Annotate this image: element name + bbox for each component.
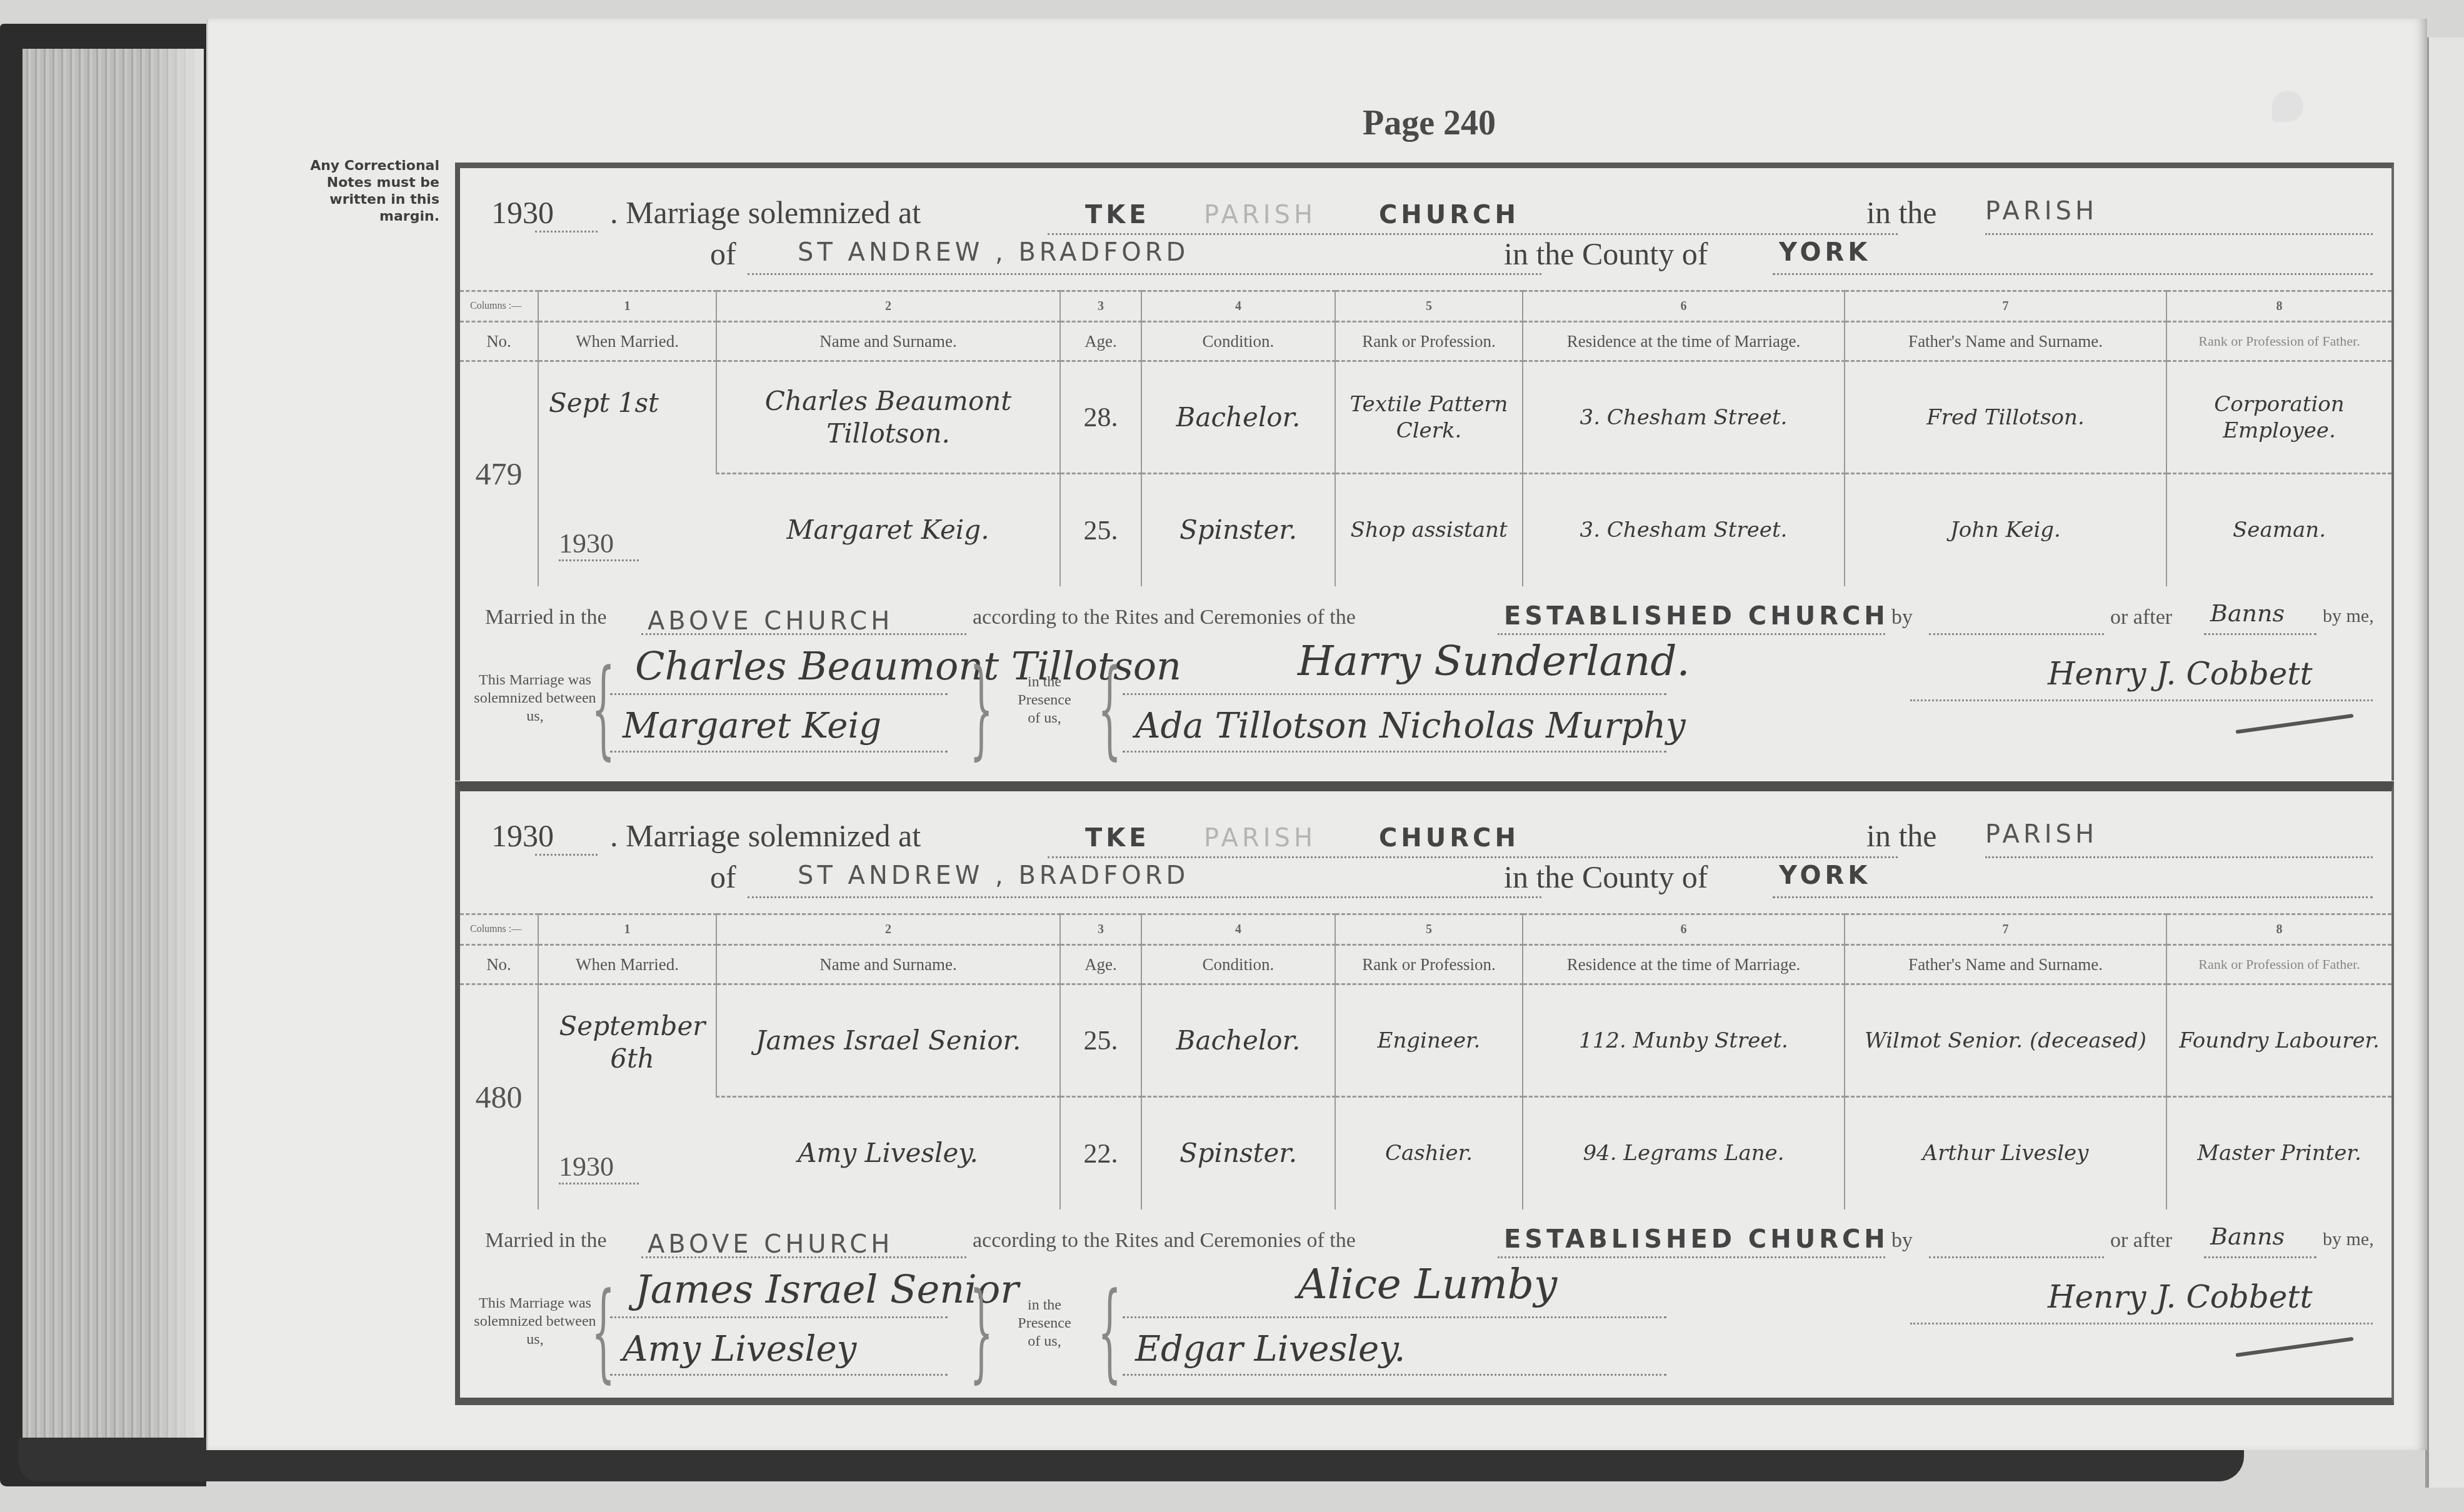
column-number: 2 <box>716 291 1060 322</box>
married-in-underline <box>641 633 966 635</box>
after-underline <box>2204 1256 2316 1258</box>
column-number: 7 <box>1845 291 2166 322</box>
place-part-3: CHURCH <box>1379 201 1520 229</box>
bride-age: 22. <box>1060 1097 1141 1209</box>
label-by: by <box>1891 606 1913 629</box>
column-number: 1 <box>538 914 716 945</box>
by-underline <box>1929 633 2104 635</box>
label-according-to: according to the Rites and Ceremonies of… <box>973 1229 1356 1253</box>
column-header-age: Age. <box>1060 322 1141 361</box>
brace-witness: { <box>1098 656 1121 762</box>
groom-signature: James Israel Senior <box>635 1266 1019 1312</box>
parish-of: ST ANDREW , BRADFORD <box>798 238 1189 267</box>
parish-underline <box>1985 856 2373 858</box>
witness-signature-line-2 <box>1123 751 1666 753</box>
officiant-signature-line <box>1910 1323 2373 1324</box>
column-number: 5 <box>1335 914 1523 945</box>
when-married-date: Sept 1st <box>549 387 659 419</box>
column-number-row: Columns :— 1 2 3 4 5 6 7 8 <box>460 291 2391 322</box>
married-in-underline <box>641 1256 966 1258</box>
label-county-of: in the County of <box>1504 859 1708 895</box>
column-number: 4 <box>1141 914 1335 945</box>
officiant-signature: Henry J. Cobbett <box>2048 1279 2313 1315</box>
column-header-father-name: Father's Name and Surname. <box>1845 322 2166 361</box>
groom-condition: Bachelor. <box>1141 984 1335 1097</box>
groom-father-name: Fred Tillotson. <box>1845 361 2166 474</box>
groom-name: Charles Beaumont Tillotson. <box>716 361 1060 474</box>
year-underline <box>535 231 598 233</box>
column-header-condition: Condition. <box>1141 322 1335 361</box>
label-of: of <box>710 859 736 895</box>
label-by-me: by me, <box>2323 1229 2374 1250</box>
groom-signature-line <box>610 693 948 695</box>
rites-underline <box>1498 1256 1885 1258</box>
label-or-after: or after <box>2110 1229 2172 1253</box>
column-number: 8 <box>2166 914 2391 945</box>
groom-residence: 112. Munby Street. <box>1523 984 1845 1097</box>
when-married: Sept 1st 1930 <box>538 361 716 586</box>
label-in-presence: in the Presence of us, <box>1010 673 1079 728</box>
parish-of-underline <box>748 896 1541 898</box>
brace-right: } <box>969 656 993 762</box>
bride-father-name: Arthur Livesley <box>1845 1097 2166 1209</box>
label-county-of: in the County of <box>1504 236 1708 272</box>
table-row-bride: Amy Livesley. 22. Spinster. Cashier. 94.… <box>460 1097 2391 1209</box>
bride-signature-line <box>610 1374 948 1376</box>
column-header-when-married: When Married. <box>538 945 716 984</box>
witness-signature-2: Edgar Livesley. <box>1135 1329 1405 1369</box>
married-in: ABOVE CHURCH <box>648 607 893 636</box>
when-married-year: 1930 <box>559 528 639 561</box>
brace-left: { <box>591 656 615 762</box>
bride-father-name: John Keig. <box>1845 474 2166 586</box>
groom-father-profession: Foundry Labourer. <box>2166 984 2391 1097</box>
marriage-entry-480: 1930 . Marriage solemnized at TKE PARISH… <box>455 781 2394 1405</box>
column-header-profession: Rank or Profession. <box>1335 322 1523 361</box>
ink-stamp-mark <box>2272 91 2303 122</box>
county: YORK <box>1779 861 1871 890</box>
county-underline <box>1773 896 2373 898</box>
column-header-condition: Condition. <box>1141 945 1335 984</box>
witness-signature-2: Ada Tillotson Nicholas Murphy <box>1135 706 1686 746</box>
groom-age: 25. <box>1060 984 1141 1097</box>
label-of: of <box>710 236 736 272</box>
groom-profession: Engineer. <box>1335 984 1523 1097</box>
rites: ESTABLISHED CHURCH <box>1504 602 1889 631</box>
label-solemnized-at: . Marriage solemnized at <box>610 194 921 231</box>
bride-name: Amy Livesley. <box>716 1097 1060 1209</box>
label-according-to: according to the Rites and Ceremonies of… <box>973 606 1356 629</box>
page-number: Page 240 <box>1363 103 1496 143</box>
column-number: 2 <box>716 914 1060 945</box>
column-header-father-name: Father's Name and Surname. <box>1845 945 2166 984</box>
column-header-father-profession: Rank or Profession of Father. <box>2166 945 2391 984</box>
column-header-row: No. When Married. Name and Surname. Age.… <box>460 945 2391 984</box>
entry-number: 480 <box>460 984 538 1209</box>
rites-underline <box>1498 633 1885 635</box>
label-by: by <box>1891 1229 1913 1253</box>
column-header-when-married: When Married. <box>538 322 716 361</box>
married-in: ABOVE CHURCH <box>648 1230 893 1259</box>
book-page-edges <box>23 49 204 1443</box>
after-banns: Banns <box>2210 1223 2285 1250</box>
label-by-me: by me, <box>2323 606 2374 627</box>
groom-age: 28. <box>1060 361 1141 474</box>
column-header-profession: Rank or Profession. <box>1335 945 1523 984</box>
column-number: 3 <box>1060 914 1141 945</box>
witness-signature-1: Harry Sunderland. <box>1298 637 1690 685</box>
table-row-groom: 479 Sept 1st 1930 Charles Beaumont Tillo… <box>460 361 2391 474</box>
groom-father-name: Wilmot Senior. (deceased) <box>1845 984 2166 1097</box>
parish-of-underline <box>748 273 1541 275</box>
bride-profession: Shop assistant <box>1335 474 1523 586</box>
column-number: 7 <box>1845 914 2166 945</box>
brace-left: { <box>591 1279 615 1385</box>
signature-flourish <box>2236 1337 2354 1357</box>
entry-year: 1930 <box>491 194 554 231</box>
label-solemnized-between: This Marriage was solemnized between us, <box>473 671 598 726</box>
label-solemnized-between: This Marriage was solemnized between us, <box>473 1294 598 1349</box>
label-in-the: in the <box>1866 194 1936 231</box>
groom-profession: Textile Pattern Clerk. <box>1335 361 1523 474</box>
marriage-entry-479: 1930 . Marriage solemnized at TKE PARISH… <box>455 163 2394 781</box>
parish-of: ST ANDREW , BRADFORD <box>798 861 1189 890</box>
signature-flourish <box>2236 714 2354 734</box>
column-number: 1 <box>538 291 716 322</box>
column-header-residence: Residence at the time of Marriage. <box>1523 945 1845 984</box>
column-header-no: No. <box>460 945 538 984</box>
county-underline <box>1773 273 2373 275</box>
officiant-signature-line <box>1910 699 2373 701</box>
bride-condition: Spinster. <box>1141 474 1335 586</box>
place-underline <box>1048 233 1898 235</box>
column-number: 5 <box>1335 291 1523 322</box>
facing-page-edge <box>2425 38 2464 1488</box>
year-underline <box>535 854 598 856</box>
when-married-year: 1930 <box>559 1151 639 1184</box>
column-header-row: No. When Married. Name and Surname. Age.… <box>460 322 2391 361</box>
column-header-name: Name and Surname. <box>716 945 1060 984</box>
label-married-in-the: Married in the <box>485 1229 607 1253</box>
witness-signature-1: Alice Lumby <box>1298 1260 1557 1308</box>
bride-father-profession: Seaman. <box>2166 474 2391 586</box>
witness-signature-line-1 <box>1123 693 1666 695</box>
column-header-no: No. <box>460 322 538 361</box>
parish-type: PARISH <box>1985 197 2098 226</box>
label-in-the: in the <box>1866 818 1936 854</box>
by-underline <box>1929 1256 2104 1258</box>
witness-signature-line-2 <box>1123 1374 1666 1376</box>
groom-signature-line <box>610 1316 948 1318</box>
column-number: 8 <box>2166 291 2391 322</box>
place-underline <box>1048 856 1898 858</box>
label-solemnized-at: . Marriage solemnized at <box>610 818 921 854</box>
column-header-name: Name and Surname. <box>716 322 1060 361</box>
table-row-groom: 480 September 6th 1930 James Israel Seni… <box>460 984 2391 1097</box>
bride-residence: 94. Legrams Lane. <box>1523 1097 1845 1209</box>
place-part-3: CHURCH <box>1379 824 1520 853</box>
when-married: September 6th 1930 <box>538 984 716 1209</box>
witness-signature-line-1 <box>1123 1316 1666 1318</box>
bride-residence: 3. Chesham Street. <box>1523 474 1845 586</box>
column-number: 6 <box>1523 914 1845 945</box>
columns-label: Columns :— <box>460 291 538 322</box>
bride-age: 25. <box>1060 474 1141 586</box>
parish-type: PARISH <box>1985 820 2098 849</box>
register-table: Columns :— 1 2 3 4 5 6 7 8 No. When Marr… <box>460 913 2391 1209</box>
place-part-2: PARISH <box>1204 201 1316 229</box>
bride-name: Margaret Keig. <box>716 474 1060 586</box>
columns-label: Columns :— <box>460 914 538 945</box>
column-number: 4 <box>1141 291 1335 322</box>
bride-condition: Spinster. <box>1141 1097 1335 1209</box>
entry-year: 1930 <box>491 818 554 854</box>
column-header-age: Age. <box>1060 945 1141 984</box>
brace-right: } <box>969 1279 993 1385</box>
groom-condition: Bachelor. <box>1141 361 1335 474</box>
place-part-1: TKE <box>1085 201 1150 229</box>
place-part-1: TKE <box>1085 824 1150 853</box>
groom-father-profession: Corporation Employee. <box>2166 361 2391 474</box>
column-number-row: Columns :— 1 2 3 4 5 6 7 8 <box>460 914 2391 945</box>
label-or-after: or after <box>2110 606 2172 629</box>
parish-underline <box>1985 233 2373 235</box>
bride-father-profession: Master Printer. <box>2166 1097 2391 1209</box>
label-married-in-the: Married in the <box>485 606 607 629</box>
column-number: 3 <box>1060 291 1141 322</box>
column-number: 6 <box>1523 291 1845 322</box>
county: YORK <box>1779 238 1871 267</box>
entry-number: 479 <box>460 361 538 586</box>
column-header-residence: Residence at the time of Marriage. <box>1523 322 1845 361</box>
register-table: Columns :— 1 2 3 4 5 6 7 8 No. When Marr… <box>460 290 2391 586</box>
bride-signature: Amy Livesley <box>623 1329 856 1369</box>
table-row-bride: Margaret Keig. 25. Spinster. Shop assist… <box>460 474 2391 586</box>
margin-note: Any Correctional Notes must be written i… <box>274 158 439 225</box>
bride-signature: Margaret Keig <box>623 706 881 746</box>
after-banns: Banns <box>2210 599 2285 627</box>
brace-witness: { <box>1098 1279 1121 1385</box>
bride-signature-line <box>610 751 948 753</box>
label-in-presence: in the Presence of us, <box>1010 1296 1079 1351</box>
when-married-date: September 6th <box>549 1010 716 1075</box>
after-underline <box>2204 633 2316 635</box>
bride-profession: Cashier. <box>1335 1097 1523 1209</box>
rites: ESTABLISHED CHURCH <box>1504 1225 1889 1254</box>
officiant-signature: Henry J. Cobbett <box>2048 656 2313 692</box>
column-header-father-profession: Rank or Profession of Father. <box>2166 322 2391 361</box>
groom-residence: 3. Chesham Street. <box>1523 361 1845 474</box>
groom-name: James Israel Senior. <box>716 984 1060 1097</box>
place-part-2: PARISH <box>1204 824 1316 853</box>
